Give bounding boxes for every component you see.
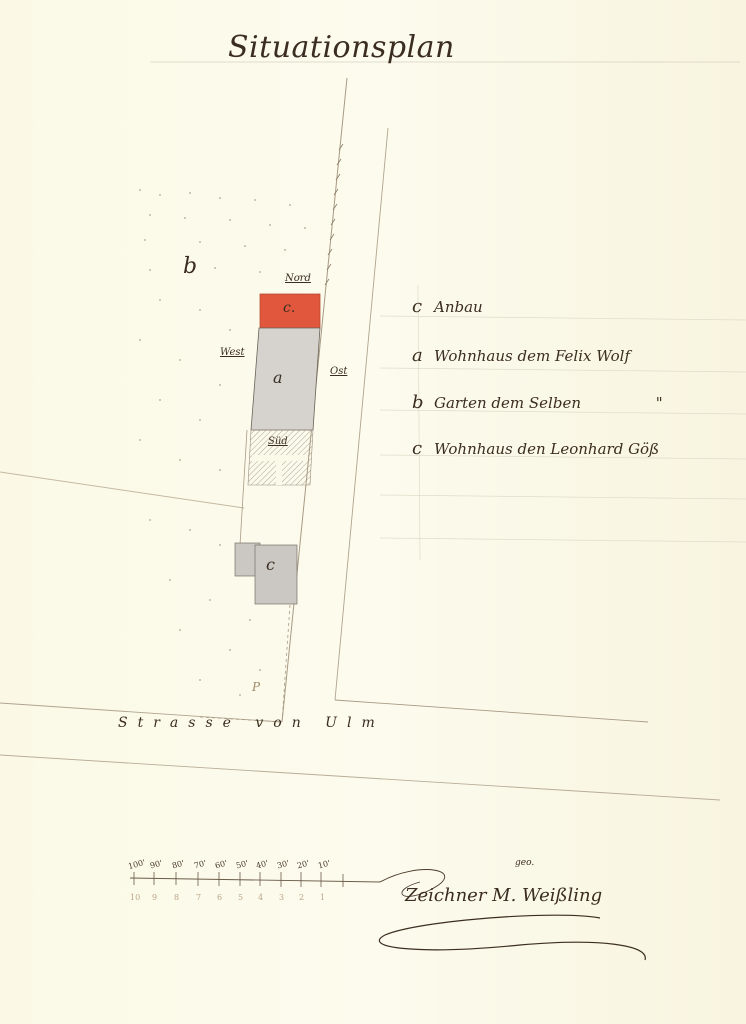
scale-sub-label: 8 — [174, 893, 179, 902]
legend-text: Garten dem Selben — [434, 394, 581, 412]
scale-sub-label: 4 — [258, 893, 263, 902]
house-leonhard-goess — [255, 545, 297, 604]
ditto-mark: " — [656, 394, 663, 412]
legend-item-annex: cAnbau — [412, 296, 483, 317]
annex-label: c. — [283, 300, 295, 316]
legend-text: Anbau — [434, 298, 483, 316]
scale-sub-label: 1 — [320, 893, 325, 902]
legend-key: c — [412, 296, 434, 317]
scale-sub-label: 9 — [152, 893, 157, 902]
page-title: Situationsplan — [228, 30, 455, 65]
scale-sub-label: 3 — [279, 893, 284, 902]
west-label: West — [220, 347, 245, 358]
signature: Zeichner M. Weißling — [405, 885, 602, 906]
garden-label: b — [183, 254, 197, 279]
legend-key: b — [412, 392, 434, 413]
scale-sub-label: 7 — [196, 893, 201, 902]
scale-sub-label: 6 — [217, 893, 222, 902]
well-symbol: P — [252, 680, 260, 694]
scale-sub-label: 5 — [238, 893, 243, 902]
site-plan-drawing — [0, 0, 746, 1024]
legend-item-house-a: aWohnhaus dem Felix Wolf — [412, 345, 630, 366]
scale-sub-label: 2 — [299, 893, 304, 902]
legend-key: a — [412, 345, 434, 366]
east-label: Ost — [330, 366, 347, 377]
legend-item-house-c: cWohnhaus den Leonhard Göß — [412, 438, 659, 459]
signature-note: geo. — [515, 858, 534, 868]
north-label: Nord — [285, 273, 311, 284]
scale-sub-label: 10 — [130, 893, 140, 902]
legend-text: Wohnhaus dem Felix Wolf — [434, 347, 630, 365]
legend-text: Wohnhaus den Leonhard Göß — [434, 440, 659, 458]
house-a-label: a — [273, 368, 283, 387]
south-label: Süd — [268, 436, 288, 447]
road-label: Strasse von Ulm — [118, 715, 385, 731]
legend-key: c — [412, 438, 434, 459]
house-c-label: c — [266, 555, 275, 574]
legend-item-garden: bGarten dem Selben " — [412, 392, 663, 413]
house-felix-wolf — [251, 328, 320, 430]
